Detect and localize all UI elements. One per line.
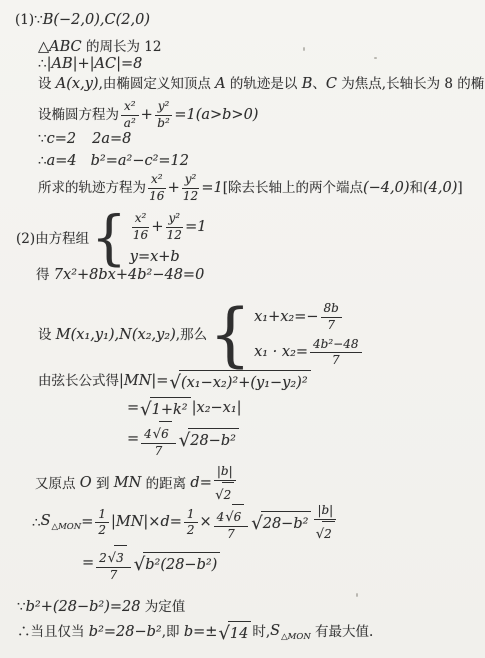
fraction: x²16 <box>148 173 166 204</box>
math-run: |b| <box>317 504 333 518</box>
fraction: 2√37 <box>96 545 131 583</box>
text-run: ∴ <box>38 152 47 170</box>
solution-line-18: ∵b²+(28−b²)=28 为定值 <box>17 598 185 617</box>
fraction: x²16 <box>132 212 150 243</box>
text-run: ∴当且仅当 <box>17 623 89 641</box>
numerator: 1 <box>184 508 198 524</box>
math-run: (x₁−x₂)²+(y₁−y₂)² <box>181 375 308 391</box>
denominator: b² <box>157 116 170 131</box>
text-run: 的轨迹是以 <box>226 75 302 93</box>
text-run: ,那么 <box>176 326 207 344</box>
brace-icon: { <box>209 306 251 365</box>
solution-line-9: (2)由方程组{x²16+y²12=1y=x+b <box>16 212 206 266</box>
text-run: 由弦长公式得 <box>38 372 119 390</box>
math-run: C <box>326 75 337 94</box>
solution-line-3: ∴|AB|+|AC|=8 <box>38 55 142 74</box>
math-run: 2 <box>98 524 106 538</box>
math-run: =1 <box>185 218 206 237</box>
text-run: ∵ <box>17 598 26 616</box>
equation-system: {x²16+y²12=1y=x+b <box>91 212 206 266</box>
fraction: |b|√2 <box>214 465 236 503</box>
radical-icon: √ <box>140 401 151 419</box>
math-run: |MN|= <box>119 372 168 391</box>
sqrt-expression: √6 <box>153 421 172 442</box>
math-run: 1 <box>187 508 195 522</box>
text-run: (1) <box>15 11 34 29</box>
fraction: 4√67 <box>141 421 176 459</box>
math-run: x₁ · x₂= <box>254 343 308 362</box>
text-run: 的距离 <box>141 475 190 493</box>
radical-icon: √ <box>169 374 180 392</box>
math-run: b²(28−b²) <box>145 557 217 573</box>
math-run: 4 <box>144 428 152 442</box>
text-run: ,即 <box>162 623 184 641</box>
numerator: |b| <box>214 465 236 481</box>
math-run: 3 <box>116 551 124 565</box>
denominator: 12 <box>183 189 198 204</box>
numerator: 4√6 <box>214 504 249 527</box>
text-run: 为定值 <box>140 598 185 616</box>
math-run: 7x²+8bx+4b²−48=0 <box>54 266 205 285</box>
math-run: 2 <box>224 488 232 502</box>
denominator: √2 <box>214 481 235 503</box>
math-run: y² <box>158 100 170 114</box>
math-run: 12 <box>167 229 182 243</box>
math-run: y=x+b <box>130 248 180 267</box>
system-row: x₁ · x₂=4b²−487 <box>254 338 363 369</box>
numerator: y² <box>155 100 173 116</box>
denominator: 2 <box>187 523 195 538</box>
text-run: 设 <box>38 75 56 93</box>
text-run: 有最大值. <box>311 623 374 641</box>
system-row: y=x+b <box>130 248 180 267</box>
math-run: x² <box>124 100 136 114</box>
denominator: 7 <box>110 568 118 583</box>
sqrt-expression: √(x₁−x₂)²+(y₁−y₂)² <box>169 370 310 393</box>
radicand: b²(28−b²) <box>143 552 220 575</box>
text-run: 时, <box>252 623 270 641</box>
math-run: x₁+x₂=− <box>254 308 318 327</box>
solution-line-6: ∵c=22a=8 <box>38 130 131 149</box>
math-run: x² <box>135 212 147 226</box>
math-run: |MN|×d= <box>111 513 182 532</box>
math-run: B(−2,0),C(2,0) <box>43 11 150 30</box>
numerator: x² <box>121 100 139 116</box>
sqrt-expression: √28−b² <box>179 428 239 451</box>
fraction: 8b7 <box>321 302 342 333</box>
text-run: (2)由方程组 <box>16 230 89 248</box>
math-run: + <box>141 106 153 125</box>
sqrt-expression: √14 <box>218 621 251 644</box>
math-run: 28−b² <box>190 433 236 449</box>
fraction: y²12 <box>182 173 200 204</box>
solution-line-17: =2√37√b²(28−b²) <box>82 545 221 583</box>
math-run: b² <box>157 117 170 131</box>
math-run: y² <box>185 173 197 187</box>
scan-speck <box>303 47 305 51</box>
radical-icon: √ <box>218 625 229 643</box>
numerator: |b| <box>314 504 336 520</box>
text-run: 得 <box>36 266 54 284</box>
math-run: x² <box>151 173 163 187</box>
math-run: c=2 <box>47 130 77 149</box>
math-run: A <box>215 75 225 94</box>
sqrt-expression: √6 <box>225 504 244 525</box>
math-run: A(x,y) <box>56 75 99 94</box>
scan-speck <box>374 57 377 59</box>
text-run: 设 <box>38 326 56 344</box>
solution-line-4: 设 A(x,y),由椭圆定义知顶点 A 的轨迹是以 B、C 为焦点,长轴长为 8… <box>38 75 485 94</box>
sqrt-expression: √3 <box>108 545 127 566</box>
denominator: a² <box>124 116 136 131</box>
text-run: 和 <box>410 179 424 197</box>
system-rows: x₁+x₂=−8b7x₁ · x₂=4b²−487 <box>254 302 363 368</box>
denominator: 16 <box>149 189 164 204</box>
math-run: O <box>80 474 92 493</box>
solution-line-16: ∴S△MON=12|MN|×d=12×4√67√28−b²|b|√2 <box>32 504 338 542</box>
math-run: =1 <box>201 179 222 198</box>
math-run: 6 <box>161 427 169 441</box>
denominator: 16 <box>133 228 148 243</box>
solution-line-14: =4√67√28−b² <box>127 421 240 459</box>
math-run: a² <box>124 117 136 131</box>
solution-line-19: ∴当且仅当 b²=28−b²,即 b=±√14时,S△MON 有最大值. <box>17 621 373 644</box>
solution-line-7: ∴a=4b²=a²−c²=12 <box>38 152 189 171</box>
math-run: 12 <box>183 190 198 204</box>
math-run: y² <box>169 212 181 226</box>
math-run: = <box>81 513 93 532</box>
math-run: |AB|+|AC|=8 <box>47 55 143 74</box>
math-run: a=4 <box>47 152 77 171</box>
math-run: 16 <box>133 229 148 243</box>
numerator: x² <box>132 212 150 228</box>
math-run: =1(a>b>0) <box>174 106 258 125</box>
equation-system: {x₁+x₂=−8b7x₁ · x₂=4b²−487 <box>209 302 363 368</box>
radical-icon: √ <box>134 556 145 574</box>
math-run: 14 <box>230 626 248 642</box>
math-run: 2 <box>187 524 195 538</box>
radicand: (x₁−x₂)²+(y₁−y₂)² <box>179 370 311 393</box>
numerator: 8b <box>321 302 342 318</box>
fraction: 4b²−487 <box>310 338 361 369</box>
math-run: d= <box>190 474 211 493</box>
math-run: 8b <box>324 302 339 316</box>
text-run: 的周长为 12 <box>82 38 162 56</box>
math-run: 4 <box>217 511 225 525</box>
math-run: b²=28−b² <box>89 623 162 642</box>
radical-icon: √ <box>215 489 223 502</box>
math-run: + <box>168 179 180 198</box>
math-run: 7 <box>155 445 163 459</box>
math-run: M(x₁,y₁),N(x₂,y₂) <box>56 326 176 345</box>
solution-line-15: 又原点 O 到 MN 的距离 d=|b|√2 <box>35 465 238 503</box>
math-run: 7 <box>332 354 340 368</box>
text-run: 设椭圆方程为 <box>38 106 119 124</box>
text-run: 到 <box>92 475 114 493</box>
math-run: 7 <box>327 319 335 333</box>
radical-icon: √ <box>316 528 324 541</box>
math-run: = <box>82 554 94 573</box>
text-run: [除去长轴上的两个端点 <box>223 179 363 197</box>
text-run: ∴ <box>32 514 41 532</box>
math-run: 1+k² <box>152 402 188 418</box>
text-run: ∵ <box>38 130 47 148</box>
sqrt-expression: √2 <box>316 521 335 542</box>
system-rows: x²16+y²12=1y=x+b <box>130 212 207 266</box>
math-run: 2a=8 <box>92 130 131 149</box>
fraction: 12 <box>184 508 198 539</box>
solution-line-12: 由弦长公式得|MN|=√(x₁−x₂)²+(y₁−y₂)² <box>38 370 312 393</box>
text-run: 所求的轨迹方程为 <box>38 179 146 197</box>
scan-speck <box>356 593 358 597</box>
math-run: 7 <box>110 569 118 583</box>
denominator: 7 <box>327 318 335 333</box>
numerator: 2√3 <box>96 545 131 568</box>
math-run: |x₂−x₁| <box>192 399 242 418</box>
numerator: y² <box>166 212 184 228</box>
math-run: 6 <box>234 510 242 524</box>
math-run: |b| <box>217 465 233 479</box>
math-run: (−4,0) <box>363 179 410 198</box>
system-row: x²16+y²12=1 <box>130 212 207 243</box>
radical-icon: √ <box>108 552 116 565</box>
denominator: 12 <box>167 228 182 243</box>
denominator: 7 <box>155 444 163 459</box>
radical-icon: √ <box>153 428 161 441</box>
radical-icon: √ <box>251 515 262 533</box>
math-run: b=± <box>184 623 218 642</box>
numerator: y² <box>182 173 200 189</box>
math-run: = <box>127 430 139 449</box>
denominator: 7 <box>332 353 340 368</box>
math-run: + <box>151 218 163 237</box>
text-run: 为焦点,长轴长为 8 的椭圆. <box>337 75 485 93</box>
solution-line-10: 得 7x²+8bx+4b²−48=0 <box>36 266 204 285</box>
document-page: (1)∵B(−2,0),C(2,0)△ABC 的周长为 12∴|AB|+|AC|… <box>0 0 485 658</box>
sqrt-expression: √b²(28−b²) <box>134 552 221 575</box>
denominator: 2 <box>98 523 106 538</box>
numerator: 4√6 <box>141 421 176 444</box>
sqrt-expression: √1+k² <box>140 397 190 420</box>
math-run: (4,0) <box>423 179 457 198</box>
math-run: MN <box>114 474 142 493</box>
fraction: y²12 <box>166 212 184 243</box>
math-run: b²=a²−c²=12 <box>91 152 189 171</box>
numerator: 4b²−48 <box>310 338 361 354</box>
sqrt-expression: √28−b² <box>251 511 311 534</box>
denominator: √2 <box>315 520 336 542</box>
fraction: y²b² <box>155 100 173 131</box>
numerator: 1 <box>95 508 109 524</box>
radical-icon: √ <box>179 432 190 450</box>
system-row: x₁+x₂=−8b7 <box>254 302 344 333</box>
fraction: 4√67 <box>214 504 249 542</box>
subscripted-symbol: S△MON <box>41 512 82 533</box>
math-run: 1 <box>98 508 106 522</box>
radicand: 28−b² <box>188 428 239 451</box>
math-run: 2 <box>324 527 332 541</box>
text-run: 、 <box>312 75 326 93</box>
text-run: 又原点 <box>35 475 80 493</box>
brace-icon: { <box>91 214 127 264</box>
math-run: = <box>127 399 139 418</box>
math-run: B <box>302 75 313 94</box>
text-run: ∴ <box>38 55 47 73</box>
math-run: 16 <box>149 190 164 204</box>
math-run: 4b²−48 <box>313 338 358 352</box>
subscripted-symbol: S△MON <box>270 622 311 643</box>
sqrt-expression: √2 <box>215 482 234 503</box>
numerator: x² <box>148 173 166 189</box>
fraction: 12 <box>95 508 109 539</box>
text-run: ] <box>457 179 462 197</box>
radicand: 28−b² <box>261 511 312 534</box>
solution-line-8: 所求的轨迹方程为x²16+y²12=1[除去长轴上的两个端点(−4,0)和(4,… <box>38 173 463 204</box>
solution-line-5: 设椭圆方程为x²a²+y²b²=1(a>b>0) <box>38 100 258 131</box>
solution-line-11: 设 M(x₁,y₁),N(x₂,y₂),那么{x₁+x₂=−8b7x₁ · x₂… <box>38 302 364 368</box>
math-run: b²+(28−b²)=28 <box>26 598 141 617</box>
denominator: 7 <box>227 527 235 542</box>
fraction: |b|√2 <box>314 504 336 542</box>
fraction: x²a² <box>121 100 139 131</box>
radicand: 14 <box>228 621 251 644</box>
text-run: ∵ <box>34 11 43 29</box>
math-run: 7 <box>227 528 235 542</box>
text-run: ,由椭圆定义知顶点 <box>99 75 216 93</box>
solution-line-1: (1)∵B(−2,0),C(2,0) <box>15 11 150 30</box>
solution-line-13: =√1+k²|x₂−x₁| <box>127 397 242 420</box>
math-run: 28−b² <box>263 516 309 532</box>
math-run: 2 <box>99 552 107 566</box>
radical-icon: √ <box>225 511 233 524</box>
radicand: 1+k² <box>150 397 191 420</box>
math-run: × <box>200 513 212 532</box>
